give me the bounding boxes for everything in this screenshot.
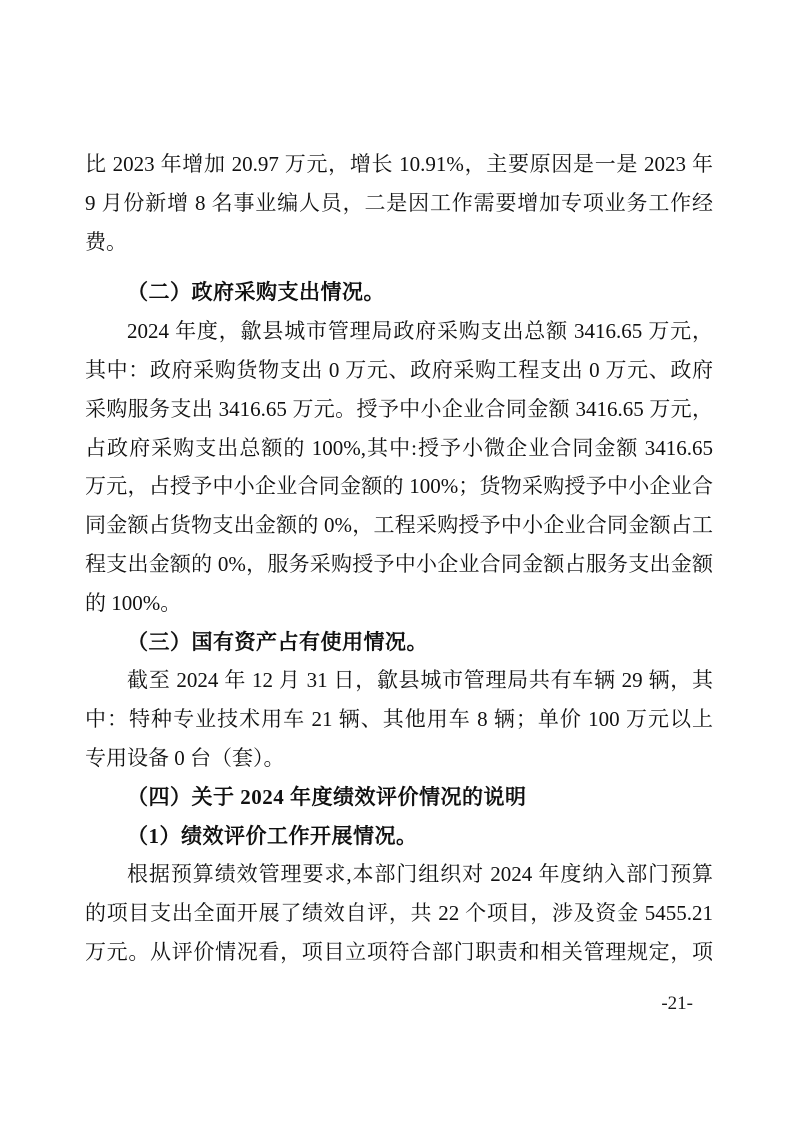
paragraph: 根据预算绩效管理要求,本部门组织对 2024 年度纳入部门预算的项目支出全面开展… <box>85 855 713 971</box>
text-line: 比 2023 年增加 20.97 万元，增长 10.91%，主要原因是一是 20… <box>85 145 713 184</box>
text-line: 专用设备 0 台（套）。 <box>85 739 713 778</box>
document-page: 比 2023 年增加 20.97 万元，增长 10.91%，主要原因是一是 20… <box>0 0 793 1122</box>
page-number: -21- <box>661 992 693 1016</box>
text-line: 占政府采购支出总额的 100%,其中:授予小微企业合同金额 3416.65 <box>85 429 713 468</box>
text-line: 根据预算绩效管理要求,本部门组织对 2024 年度纳入部门预算 <box>85 855 713 894</box>
text-line: 的 100%。 <box>85 584 713 623</box>
paragraph: 比 2023 年增加 20.97 万元，增长 10.91%，主要原因是一是 20… <box>85 145 713 261</box>
text-line: 万元。从评价情况看，项目立项符合部门职责和相关管理规定，项 <box>85 933 713 972</box>
heading-line: （四）关于 2024 年度绩效评价情况的说明 <box>85 778 713 817</box>
section-heading: （二）政府采购支出情况。 <box>85 273 713 312</box>
heading-line: （三）国有资产占有使用情况。 <box>85 623 713 662</box>
heading-line: （二）政府采购支出情况。 <box>85 273 713 312</box>
text-line: 2024 年度，歙县城市管理局政府采购支出总额 3416.65 万元， <box>85 312 713 351</box>
text-line: 截至 2024 年 12 月 31 日，歙县城市管理局共有车辆 29 辆，其 <box>85 661 713 700</box>
section-heading: （三）国有资产占有使用情况。 <box>85 623 713 662</box>
text-line: 万元，占授予中小企业合同金额的 100%；货物采购授予中小企业合 <box>85 467 713 506</box>
text-line: 其中：政府采购货物支出 0 万元、政府采购工程支出 0 万元、政府 <box>85 351 713 390</box>
section-heading: （四）关于 2024 年度绩效评价情况的说明 <box>85 778 713 817</box>
paragraph: 2024 年度，歙县城市管理局政府采购支出总额 3416.65 万元，其中：政府… <box>85 312 713 622</box>
text-line: 同金额占货物支出金额的 0%，工程采购授予中小企业合同金额占工 <box>85 506 713 545</box>
text-line: 中：特种专业技术用车 21 辆、其他用车 8 辆；单价 100 万元以上 <box>85 700 713 739</box>
section-heading: （1）绩效评价工作开展情况。 <box>85 817 713 856</box>
text-line: 采购服务支出 3416.65 万元。授予中小企业合同金额 3416.65 万元， <box>85 390 713 429</box>
paragraph: 截至 2024 年 12 月 31 日，歙县城市管理局共有车辆 29 辆，其中：… <box>85 661 713 777</box>
heading-line: （1）绩效评价工作开展情况。 <box>85 817 713 856</box>
text-line: 的项目支出全面开展了绩效自评，共 22 个项目，涉及资金 5455.21 <box>85 894 713 933</box>
text-line: 费。 <box>85 223 713 262</box>
text-line: 程支出金额的 0%，服务采购授予中小企业合同金额占服务支出金额 <box>85 545 713 584</box>
text-line: 9 月份新增 8 名事业编人员，二是因工作需要增加专项业务工作经 <box>85 184 713 223</box>
document-body: 比 2023 年增加 20.97 万元，增长 10.91%，主要原因是一是 20… <box>85 145 713 972</box>
